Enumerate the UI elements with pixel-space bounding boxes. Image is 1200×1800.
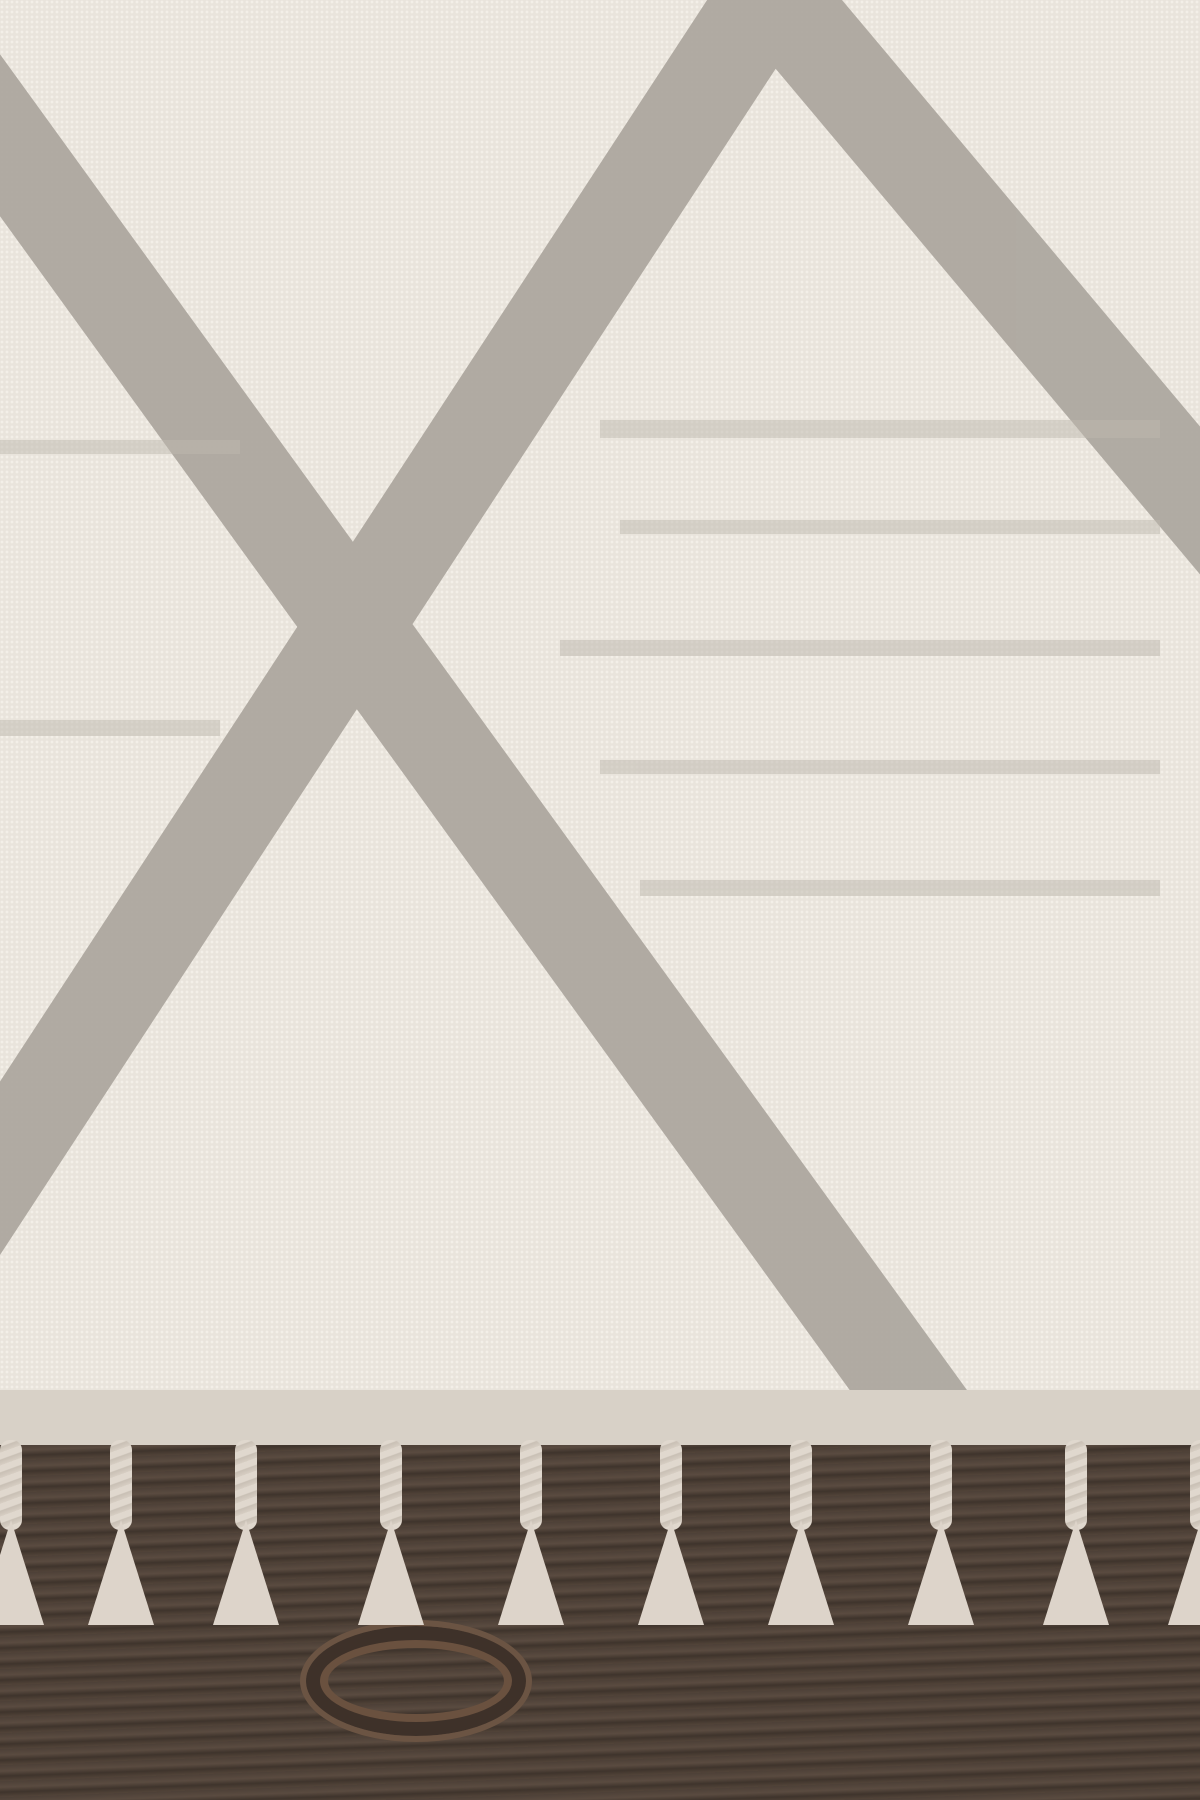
tassel — [350, 1440, 430, 1640]
tassel — [900, 1440, 980, 1640]
tassel — [630, 1440, 710, 1640]
wood-floor — [0, 1445, 1200, 1800]
lattice-pattern — [0, 0, 1200, 1400]
rug-photo — [0, 0, 1200, 1800]
rug-binding — [0, 1390, 1200, 1447]
rug-surface — [0, 0, 1200, 1400]
tassel — [80, 1440, 160, 1640]
tassel — [205, 1440, 285, 1640]
tassel — [1160, 1440, 1200, 1640]
tassel — [1035, 1440, 1115, 1640]
tassel — [0, 1440, 50, 1640]
tassel — [490, 1440, 570, 1640]
tassel — [760, 1440, 840, 1640]
